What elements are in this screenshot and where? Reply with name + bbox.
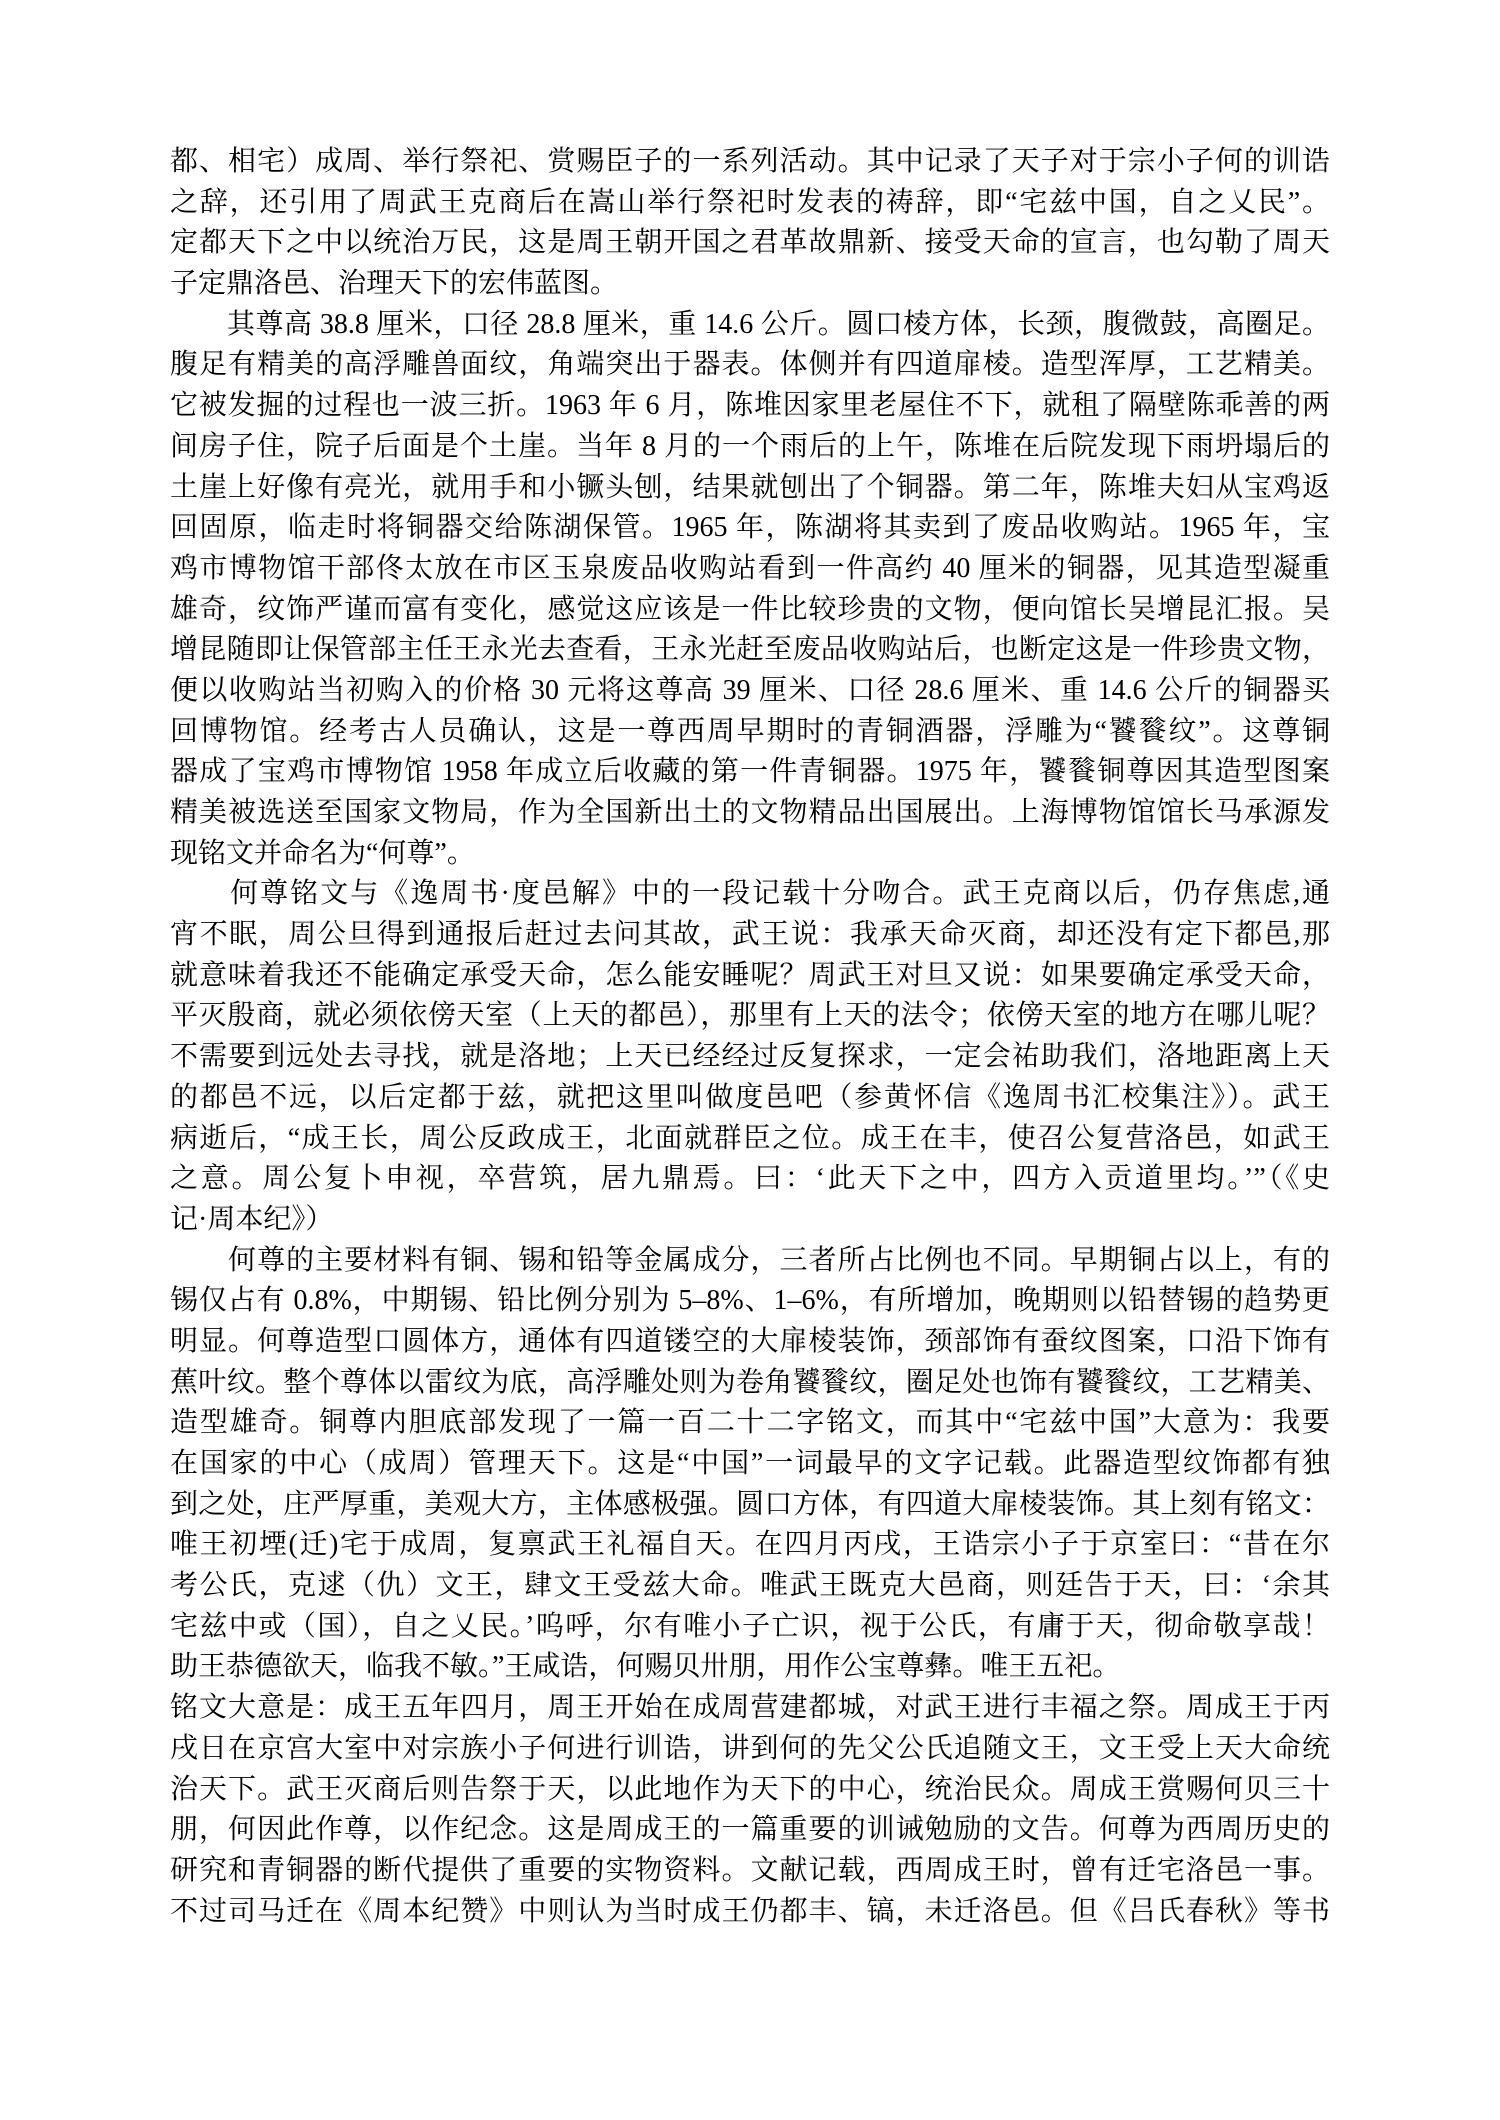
text-line: 助王恭德欲天，临我不敏。”王咸诰，何赐贝卅朋，用作公宝尊彝。唯王五祀。 [170,1647,1330,1688]
text-line: 研究和青铜器的断代提供了重要的实物资料。文献记载，西周成王时，曾有迁宅洛邑一事。 [170,1851,1330,1892]
text-line: 平灭殷商，就必须依傍天室（上天的都邑），那里有上天的法令；依傍天室的地方在哪儿呢… [170,996,1330,1037]
text-line: 铭文大意是：成王五年四月，周王开始在成周营建都城，对武王进行丰福之祭。周成王于丙 [170,1688,1330,1729]
text-line: 戌日在京宫大室中对宗族小子何进行训诰，讲到何的先父公氏追随文王，文王受上天大命统 [170,1729,1330,1770]
text-line: 现铭文并命名为“何尊”。 [170,834,1330,875]
text-line: 之意。周公复卜申视，卒营筑，居九鼎焉。曰：‘此天下之中，四方入贡道里均。’”（《… [170,1159,1330,1200]
text-line: 便以收购站当初购入的价格 30 元将这尊高 39 厘米、口径 28.6 厘米、重… [170,671,1330,712]
text-line: 间房子住，院子后面是个土崖。当年 8 月的一个雨后的上午，陈堆在后院发现下雨坍塌… [170,427,1330,468]
text-line: 定都天下之中以统治万民，这是周王朝开国之君革故鼎新、接受天命的宣言，也勾勒了周天 [170,223,1330,264]
document-page: 都、相宅）成周、举行祭祀、赏赐臣子的一系列活动。其中记录了天子对于宗小子何的训诰… [0,0,1500,2120]
text-line: 回博物馆。经考古人员确认，这是一尊西周早期时的青铜酒器，浮雕为“饕餮纹”。这尊铜 [170,712,1330,753]
text-line: 不过司马迁在《周本纪赞》中则认为当时成王仍都丰、镐，未迁洛邑。但《吕氏春秋》等书 [170,1892,1330,1933]
text-line: 腹足有精美的高浮雕兽面纹，角端突出于器表。体侧并有四道扉棱。造型浑厚，工艺精美。 [170,345,1330,386]
text-line: 何尊的主要材料有铜、锡和铅等金属成分，三者所占比例也不同。早期铜占以上，有的 [170,1241,1330,1282]
text-line: 器成了宝鸡市博物馆 1958 年成立后收藏的第一件青铜器。1975 年，饕餮铜尊… [170,752,1330,793]
text-line: 朋，何因此作尊，以作纪念。这是周成王的一篇重要的训诫勉励的文告。何尊为西周历史的 [170,1810,1330,1851]
text-line: 明显。何尊造型口圆体方，通体有四道镂空的大扉棱装饰，颈部饰有蚕纹图案，口沿下饰有 [170,1322,1330,1363]
text-line: 增昆随即让保管部主任王永光去查看，王永光赶至废品收购站后，也断定这是一件珍贵文物… [170,630,1330,671]
text-line: 治天下。武王灭商后则告祭于天，以此地作为天下的中心，统治民众。周成王赏赐何贝三十 [170,1770,1330,1811]
text-line: 都、相宅）成周、举行祭祀、赏赐臣子的一系列活动。其中记录了天子对于宗小子何的训诰 [170,142,1330,183]
text-line: 考公氏，克逑（仇）文王，肆文王受兹大命。唯武王既克大邑商，则廷告于天，曰：‘余其 [170,1566,1330,1607]
text-line: 就意味着我还不能确定承受天命，怎么能安睡呢？周武王对旦又说：如果要确定承受天命， [170,956,1330,997]
text-line: 造型雄奇。铜尊内胆底部发现了一篇一百二十二字铭文，而其中“宅兹中国”大意为：我要 [170,1403,1330,1444]
text-line: 病逝后，“成王长，周公反政成王，北面就群臣之位。成王在丰，使召公复营洛邑，如武王 [170,1119,1330,1160]
text-line: 之辞，还引用了周武王克商后在嵩山举行祭祀时发表的祷辞，即“宅兹中国，自之乂民”。 [170,183,1330,224]
text-line: 唯王初堙(迁)宅于成周，复禀武王礼福自天。在四月丙戌，王诰宗小子于京室曰：“昔在… [170,1525,1330,1566]
text-line: 鸡市博物馆干部佟太放在市区玉泉废品收购站看到一件高约 40 厘米的铜器，见其造型… [170,549,1330,590]
text-line: 精美被选送至国家文物局，作为全国新出土的文物精品出国展出。上海博物馆馆长马承源发 [170,793,1330,834]
text-line: 锡仅占有 0.8%，中期锡、铅比例分别为 5–8%、1–6%，有所增加，晚期则以… [170,1281,1330,1322]
text-line: 宵不眠，周公旦得到通报后赶过去问其故，武王说：我承天命灭商，却还没有定下都邑,那 [170,915,1330,956]
text-line: 子定鼎洛邑、治理天下的宏伟蓝图。 [170,264,1330,305]
text-line: 不需要到远处去寻找，就是洛地；上天已经经过反复探求，一定会祐助我们，洛地距离上天 [170,1037,1330,1078]
text-line: 其尊高 38.8 厘米，口径 28.8 厘米，重 14.6 公斤。圆口棱方体，长… [170,305,1330,346]
text-line: 雄奇，纹饰严谨而富有变化，感觉这应该是一件比较珍贵的文物，便向馆长吴增昆汇报。吴 [170,590,1330,631]
text-line: 它被发掘的过程也一波三折。1963 年 6 月，陈堆因家里老屋住不下，就租了隔壁… [170,386,1330,427]
text-line: 到之处，庄严厚重，美观大方，主体感极强。圆口方体，有四道大扉棱装饰。其上刻有铭文… [170,1485,1330,1526]
text-line: 宅兹中或（国），自之乂民。’呜呼，尔有唯小子亡识，视于公氏，有庸于天，彻命敬享哉… [170,1607,1330,1648]
text-line: 记·周本纪》） [170,1200,1330,1241]
text-block: 都、相宅）成周、举行祭祀、赏赐臣子的一系列活动。其中记录了天子对于宗小子何的训诰… [170,142,1330,1932]
text-line: 蕉叶纹。整个尊体以雷纹为底，高浮雕处则为卷角饕餮纹，圈足处也饰有饕餮纹，工艺精美… [170,1363,1330,1404]
text-line: 的都邑不远，以后定都于兹，就把这里叫做度邑吧（参黄怀信《逸周书汇校集注》）。武王 [170,1078,1330,1119]
text-line: 土崖上好像有亮光，就用手和小镢头刨，结果就刨出了个铜器。第二年，陈堆夫妇从宝鸡返 [170,468,1330,509]
text-line: 在国家的中心（成周）管理天下。这是“中国”一词最早的文字记载。此器造型纹饰都有独 [170,1444,1330,1485]
text-line: 回固原，临走时将铜器交给陈湖保管。1965 年，陈湖将其卖到了废品收购站。196… [170,508,1330,549]
text-line: 何尊铭文与《逸周书·度邑解》中的一段记载十分吻合。武王克商以后，仍存焦虑,通 [170,874,1330,915]
